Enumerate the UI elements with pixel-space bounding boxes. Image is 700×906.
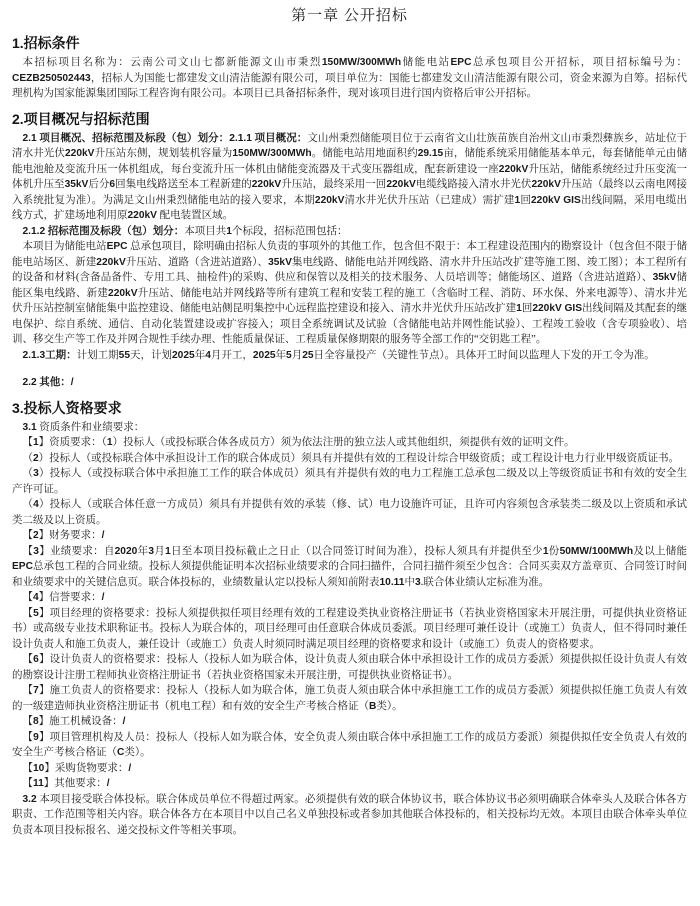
paragraph-label: 2.1 项目概况、招标范围及标段（包）划分：2.1.1 项目概况：	[23, 133, 308, 144]
paragraph-text: 3.2 本项目接受联合体投标。联合体成员单位不得超过两家。必须提供有效的联合体协…	[12, 794, 687, 836]
paragraph-text: 计划工期55天，计划2025年4月开工，2025年5月25日全容量投产（关键性节…	[77, 350, 655, 361]
paragraph-text: 本项目共1个标段，招标范围包括：	[184, 226, 347, 237]
paragraph-text: 【11】其他要求：/	[23, 778, 110, 789]
paragraph-text: 【7】施工负责人的资格要求：投标人（投标人如为联合体，施工负责人须由联合体中承担…	[12, 685, 687, 712]
paragraph-text: 【8】施工机械设备：/	[23, 716, 126, 727]
section-heading: 2.项目概况与招标范围	[12, 110, 687, 128]
paragraph-text: 本招标项目名称为：云南公司文山七都新能源文山市秉烈150MW/300MWh储能电…	[12, 57, 687, 99]
paragraph: 2.1 项目概况、招标范围及标段（包）划分：2.1.1 项目概况：文山州秉烈储能…	[12, 131, 687, 224]
paragraph-text: 【6】设计负责人的资格要求：投标人（投标人如为联合体，设计负责人须由联合体中承担…	[12, 654, 687, 681]
document-page: 第一章 公开招标 1.招标条件本招标项目名称为：云南公司文山七都新能源文山市秉烈…	[0, 0, 700, 838]
paragraph-text: 【3】业绩要求：自2020年3月1日至本项目投标截止之日止（以合同签订时间为准）…	[12, 546, 687, 588]
paragraph: 【7】施工负责人的资格要求：投标人（投标人如为联合体，施工负责人须由联合体中承担…	[12, 683, 687, 714]
paragraph-text: （4）投标人（或联合体任意一方成员）须具有并提供有效的承装（修、试）电力设施许可…	[12, 499, 687, 526]
paragraph: 3.2 本项目接受联合体投标。联合体成员单位不得超过两家。必须提供有效的联合体协…	[12, 792, 687, 839]
paragraph: （4）投标人（或联合体任意一方成员）须具有并提供有效的承装（修、试）电力设施许可…	[12, 497, 687, 528]
paragraph-text: 【5】项目经理的资格要求：投标人须提供拟任项目经理有效的工程建设类执业资格注册证…	[12, 608, 687, 650]
paragraph: 本项目为储能电站EPC 总承包项目，除明确由招标人负责的事项外的其他工作，包含但…	[12, 239, 687, 348]
paragraph: 2.1.3工期：计划工期55天，计划2025年4月开工，2025年5月25日全容…	[12, 348, 687, 364]
paragraph-text: （2）投标人（或投标联合体中承担设计工作的联合体成员）须具有并提供有效的工程设计…	[23, 453, 680, 464]
paragraph: （3）投标人（或投标联合体中承担施工工作的联合体成员）须具有并提供有效的电力工程…	[12, 466, 687, 497]
paragraph: 【11】其他要求：/	[12, 776, 687, 792]
paragraph: 2.1.2 招标范围及标段（包）划分：本项目共1个标段，招标范围包括：	[12, 224, 687, 240]
paragraph-text: 【1】资质要求：（1）投标人（或投标联合体各成员方）须为依法注册的独立法人或其他…	[23, 437, 575, 448]
document-body: 1.招标条件本招标项目名称为：云南公司文山七都新能源文山市秉烈150MW/300…	[12, 34, 687, 838]
paragraph: 【1】资质要求：（1）投标人（或投标联合体各成员方）须为依法注册的独立法人或其他…	[12, 435, 687, 451]
paragraph-label: 2.1.3工期：	[23, 350, 77, 361]
paragraph-text: 本项目为储能电站EPC 总承包项目，除明确由招标人负责的事项外的其他工作，包含但…	[12, 241, 687, 345]
section-heading: 1.招标条件	[12, 34, 687, 52]
paragraph-text: 文山州秉烈储能项目位于云南省文山壮族苗族自治州文山市秉烈彝族乡，站址位于清水井光…	[12, 133, 687, 222]
section-heading: 3.投标人资格要求	[12, 399, 687, 417]
paragraph-text: 【2】财务要求：/	[23, 530, 105, 541]
paragraph: （2）投标人（或投标联合体中承担设计工作的联合体成员）须具有并提供有效的工程设计…	[12, 451, 687, 467]
paragraph-text: 【10】采购货物要求：/	[23, 763, 132, 774]
paragraph: 【5】项目经理的资格要求：投标人须提供拟任项目经理有效的工程建设类执业资格注册证…	[12, 606, 687, 653]
paragraph: 3.1 资质条件和业绩要求：	[12, 420, 687, 436]
paragraph: 2.2 其他：/	[12, 375, 687, 391]
paragraph-text: （3）投标人（或投标联合体中承担施工工作的联合体成员）须具有并提供有效的电力工程…	[12, 468, 687, 495]
paragraph-text: /	[71, 377, 74, 388]
paragraph-text: 3.1 资质条件和业绩要求：	[23, 422, 145, 433]
paragraph: 【10】采购货物要求：/	[12, 761, 687, 777]
paragraph: 【9】项目管理机构及人员：投标人（投标人如为联合体，安全负责人须由联合体中承担施…	[12, 730, 687, 761]
paragraph: 【8】施工机械设备：/	[12, 714, 687, 730]
page-title: 第一章 公开招标	[12, 6, 687, 26]
paragraph-label: 2.1.2 招标范围及标段（包）划分：	[23, 226, 185, 237]
paragraph: 【2】财务要求：/	[12, 528, 687, 544]
paragraph: 【6】设计负责人的资格要求：投标人（投标人如为联合体，设计负责人须由联合体中承担…	[12, 652, 687, 683]
paragraph-label: 2.2 其他：	[23, 377, 71, 388]
paragraph: 本招标项目名称为：云南公司文山七都新能源文山市秉烈150MW/300MWh储能电…	[12, 55, 687, 102]
paragraph-text: 【9】项目管理机构及人员：投标人（投标人如为联合体，安全负责人须由联合体中承担施…	[12, 732, 687, 759]
paragraph: 【4】信誉要求：/	[12, 590, 687, 606]
paragraph: 【3】业绩要求：自2020年3月1日至本项目投标截止之日止（以合同签订时间为准）…	[12, 544, 687, 591]
paragraph-text: 【4】信誉要求：/	[23, 592, 105, 603]
